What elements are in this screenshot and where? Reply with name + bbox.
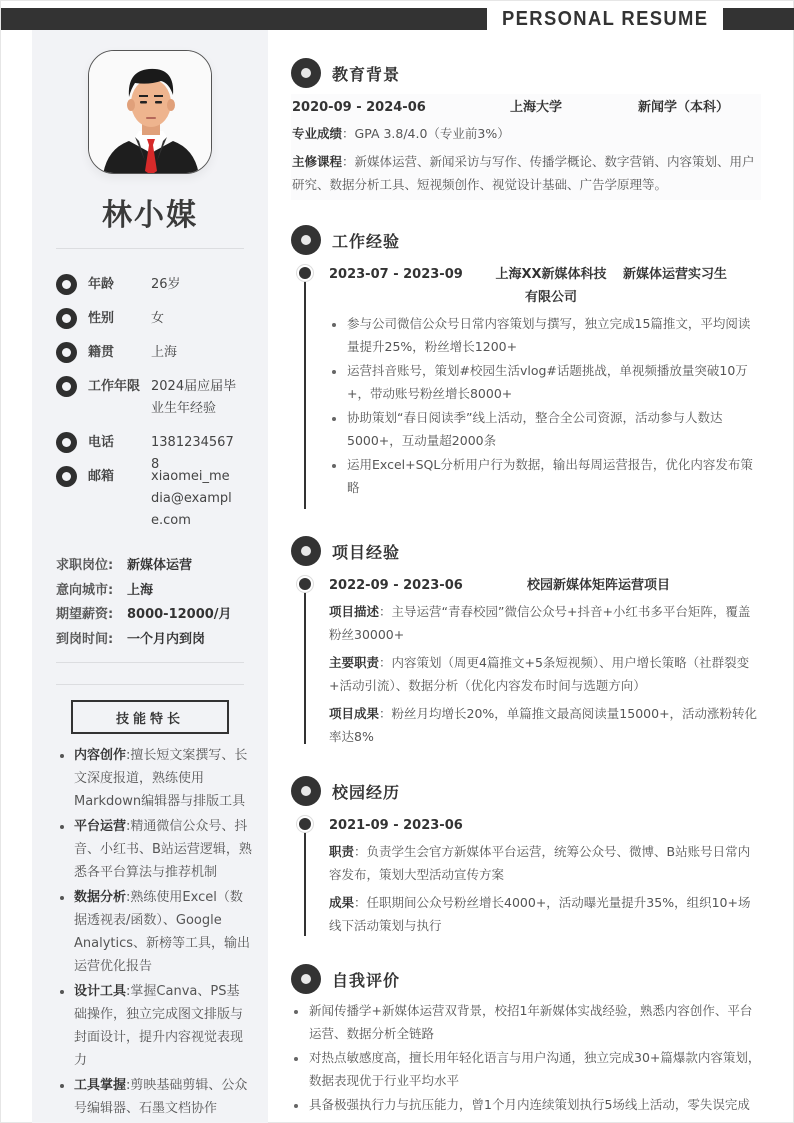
section-project: 项目经验 2022-09 - 2023-06 校园新媒体矩阵运营项目 项目描述：… <box>291 536 761 748</box>
section-header: 工作经验 <box>291 225 761 255</box>
desc-value: ：主导运营“青春校园”微信公众号+抖音+小红书多平台矩阵，覆盖粉丝30000+ <box>329 604 750 642</box>
section-title: 自我评价 <box>332 968 400 991</box>
result-label: 成果 <box>329 895 354 910</box>
gpa-label: 专业成绩 <box>292 126 342 141</box>
info-label: 邮箱 <box>77 466 151 532</box>
divider <box>56 684 244 685</box>
candidate-name: 林小媒 <box>32 190 268 234</box>
section-circle-icon <box>291 225 321 255</box>
skill-name: 数据分析 <box>74 890 126 905</box>
info-label: 年龄 <box>77 274 151 296</box>
section-title: 校园经历 <box>332 780 400 803</box>
bullet-item: 运用Excel+SQL分析用户行为数据，输出每周运营报告，优化内容发布策略 <box>329 454 761 499</box>
section-circle-icon <box>291 536 321 566</box>
campus-result: 成果：任职期间公众号粉丝增长4000+，活动曝光量提升35%，组织10+场线下活… <box>329 891 761 937</box>
sidebar: 林小媒 年龄 26岁 性别 女 籍贯 上海 工作年限 2024届应届毕业生年经验… <box>32 30 268 1123</box>
skill-item: 设计工具:掌握Canva、PS基础操作，独立完成图文排版与封面设计，提升内容视觉… <box>56 980 252 1072</box>
courses-label: 主修课程 <box>292 154 342 169</box>
divider <box>56 662 244 663</box>
courses: 主修课程：新媒体运营、新闻采访与写作、传播学概论、数字营销、内容策划、用户研究、… <box>292 150 761 196</box>
skill-name: 内容创作 <box>74 748 126 763</box>
info-value: 上海 <box>151 342 237 364</box>
skill-name: 设计工具 <box>74 984 126 999</box>
intent-row: 期望薪资: 8000-12000/月 <box>56 603 232 628</box>
section-header: 教育背景 <box>291 58 761 88</box>
duty-label: 职责 <box>329 844 354 859</box>
info-row-experience: 工作年限 2024届应届毕业生年经验 <box>56 376 256 420</box>
project-date: 2022-09 - 2023-06 <box>329 574 527 597</box>
intent-row: 意向城市: 上海 <box>56 579 232 604</box>
resume-page: PERSONAL RESUME <box>0 0 794 1123</box>
section-self-eval: 自我评价 新闻传播学+新媒体运营双背景，校招1年新媒体实战经验，熟悉内容创作、平… <box>291 964 761 1119</box>
bullet-item: 协助策划“春日阅读季”线上活动，整合全公司资源，活动参与人数达5000+，互动量… <box>329 407 761 452</box>
duty-value: ：负责学生会官方新媒体平台运营，统筹公众号、微博、B站账号日常内容发布，策划大型… <box>329 844 750 882</box>
result-value: ：任职期间公众号粉丝增长4000+，活动曝光量提升35%，组织10+场线下活动策… <box>329 895 750 933</box>
gpa-value: ：GPA 3.8/4.0（专业前3%） <box>342 126 510 141</box>
project-name: 校园新媒体矩阵运营项目 <box>527 574 670 597</box>
work-header: 2023-07 - 2023-09 上海XX新媒体科技有限公司 新媒体运营实习生 <box>329 263 761 309</box>
intent-label: 到岗时间: <box>56 628 127 653</box>
bullet-circle-icon <box>56 466 77 487</box>
major: 新闻学（本科） <box>638 96 729 120</box>
project-result: 项目成果：粉丝月均增长20%，单篇推文最高阅读量15000+，活动涨粉转化率达8… <box>329 702 761 748</box>
avatar <box>88 50 212 174</box>
bullet-item: 运营抖音账号，策划#校园生活vlog#话题挑战，单视频播放量突破10万+，带动账… <box>329 360 761 405</box>
timeline-dot-icon <box>299 578 311 590</box>
result-label: 项目成果 <box>329 706 379 721</box>
section-title: 教育背景 <box>332 62 400 85</box>
email-link[interactable]: xiaomei_media@example.com <box>151 466 237 532</box>
intent-value: 上海 <box>127 579 153 604</box>
project-header: 2022-09 - 2023-06 校园新媒体矩阵运营项目 <box>329 574 761 597</box>
resume-title: PERSONAL RESUME <box>502 8 708 31</box>
work-entry: 2023-07 - 2023-09 上海XX新媒体科技有限公司 新媒体运营实习生… <box>291 263 761 499</box>
info-value: 女 <box>151 308 237 330</box>
timeline-line <box>304 273 306 509</box>
info-row-email: 邮箱 xiaomei_media@example.com <box>56 466 256 532</box>
skill-name: 平台运营 <box>74 819 126 834</box>
bullet-item: 具备极强执行力与抗压能力，曾1个月内连续策划执行5场线上活动，零失误完成 <box>291 1094 761 1117</box>
section-campus: 校园经历 2021-09 - 2023-06 职责：负责学生会官方新媒体平台运营… <box>291 776 761 937</box>
project-desc: 项目描述：主导运营“青春校园”微信公众号+抖音+小红书多平台矩阵，覆盖粉丝300… <box>329 600 761 646</box>
info-row-hometown: 籍贯 上海 <box>56 342 256 364</box>
skills-heading: 技能特长 <box>71 700 229 734</box>
duty-value: ：内容策划（周更4篇推文+5条短视频）、用户增长策略（社群裂变+活动引流）、数据… <box>329 655 749 693</box>
bullet-item: 对热点敏感度高，擅长用年轻化语言与用户沟通，独立完成30+篇爆款内容策划，数据表… <box>291 1047 761 1092</box>
education-entry: 2020-09 - 2024-06 上海大学 新闻学（本科） 专业成绩：GPA … <box>291 94 761 200</box>
intent-value: 8000-12000/月 <box>127 603 232 628</box>
divider <box>56 248 244 249</box>
bullet-item: 新闻传播学+新媒体运营双背景，校招1年新媒体实战经验，熟悉内容创作、平台运营、数… <box>291 1000 761 1045</box>
bullet-item: 参与公司微信公众号日常内容策划与撰写，独立完成15篇推文，平均阅读量提升25%，… <box>329 313 761 358</box>
company-name: 上海XX新媒体科技有限公司 <box>489 263 613 309</box>
section-header: 自我评价 <box>291 964 761 994</box>
header-title-box: PERSONAL RESUME <box>487 4 723 34</box>
project-entry: 2022-09 - 2023-06 校园新媒体矩阵运营项目 项目描述：主导运营“… <box>291 574 761 748</box>
intent-value: 一个月内到岗 <box>127 628 205 653</box>
result-value: ：粉丝月均增长20%，单篇推文最高阅读量15000+，活动涨粉转化率达8% <box>329 706 757 744</box>
intent-value: 新媒体运营 <box>127 554 192 579</box>
desc-label: 项目描述 <box>329 604 379 619</box>
project-duty: 主要职责：内容策划（周更4篇推文+5条短视频）、用户增长策略（社群裂变+活动引流… <box>329 651 761 697</box>
duty-label: 主要职责 <box>329 655 379 670</box>
info-row-gender: 性别 女 <box>56 308 256 330</box>
section-circle-icon <box>291 776 321 806</box>
intent-row: 到岗时间: 一个月内到岗 <box>56 628 232 653</box>
campus-header: 2021-09 - 2023-06 <box>329 814 761 837</box>
info-value: 2024届应届毕业生年经验 <box>151 376 237 420</box>
courses-value: ：新媒体运营、新闻采访与写作、传播学概论、数字营销、内容策划、用户研究、数据分析… <box>292 154 755 192</box>
education-header: 2020-09 - 2024-06 上海大学 新闻学（本科） <box>292 96 761 120</box>
school-name: 上海大学 <box>510 96 638 120</box>
bullet-circle-icon <box>56 376 77 397</box>
job-intent: 求职岗位: 新媒体运营 意向城市: 上海 期望薪资: 8000-12000/月 … <box>56 554 232 652</box>
skill-name: 工具掌握 <box>74 1078 126 1093</box>
section-circle-icon <box>291 58 321 88</box>
section-title: 项目经验 <box>332 540 400 563</box>
work-date: 2023-07 - 2023-09 <box>329 263 489 309</box>
gpa: 专业成绩：GPA 3.8/4.0（专业前3%） <box>292 122 761 145</box>
work-bullets: 参与公司微信公众号日常内容策划与撰写，独立完成15篇推文，平均阅读量提升25%，… <box>329 313 761 499</box>
skill-item: 平台运营:精通微信公众号、抖音、小红书、B站运营逻辑，熟悉各平台算法与推荐机制 <box>56 815 252 884</box>
bullet-circle-icon <box>56 432 77 453</box>
skill-item: 工具掌握:剪映基础剪辑、公众号编辑器、石墨文档协作 <box>56 1074 252 1120</box>
person-avatar-icon <box>89 51 212 174</box>
timeline-dot-icon <box>299 818 311 830</box>
campus-date: 2021-09 - 2023-06 <box>329 814 463 837</box>
timeline-line <box>304 824 306 936</box>
info-label: 籍贯 <box>77 342 151 364</box>
bullet-circle-icon <box>56 274 77 295</box>
skill-item: 数据分析:熟练使用Excel（数据透视表/函数）、Google Analytic… <box>56 886 252 978</box>
education-date: 2020-09 - 2024-06 <box>292 96 510 120</box>
skills-list: 内容创作:擅长短文案撰写、长文深度报道，熟练使用Markdown编辑器与排版工具… <box>56 744 252 1122</box>
self-eval-bullets: 新闻传播学+新媒体运营双背景，校招1年新媒体实战经验，熟悉内容创作、平台运营、数… <box>291 1000 761 1117</box>
intent-label: 期望薪资: <box>56 603 127 628</box>
section-education: 教育背景 2020-09 - 2024-06 上海大学 新闻学（本科） 专业成绩… <box>291 58 761 200</box>
job-role: 新媒体运营实习生 <box>613 263 727 309</box>
intent-label: 意向城市: <box>56 579 127 604</box>
intent-row: 求职岗位: 新媒体运营 <box>56 554 232 579</box>
info-value: 26岁 <box>151 274 237 296</box>
bullet-circle-icon <box>56 308 77 329</box>
section-title: 工作经验 <box>332 229 400 252</box>
timeline-dot-icon <box>299 267 311 279</box>
info-label: 性别 <box>77 308 151 330</box>
campus-entry: 2021-09 - 2023-06 职责：负责学生会官方新媒体平台运营，统筹公众… <box>291 814 761 937</box>
info-label: 工作年限 <box>77 376 151 420</box>
intent-label: 求职岗位: <box>56 554 127 579</box>
section-work: 工作经验 2023-07 - 2023-09 上海XX新媒体科技有限公司 新媒体… <box>291 225 761 501</box>
section-header: 项目经验 <box>291 536 761 566</box>
skill-item: 内容创作:擅长短文案撰写、长文深度报道，熟练使用Markdown编辑器与排版工具 <box>56 744 252 813</box>
timeline-line <box>304 584 306 744</box>
campus-duty: 职责：负责学生会官方新媒体平台运营，统筹公众号、微博、B站账号日常内容发布，策划… <box>329 840 761 886</box>
info-row-age: 年龄 26岁 <box>56 274 256 296</box>
bullet-circle-icon <box>56 342 77 363</box>
section-circle-icon <box>291 964 321 994</box>
section-header: 校园经历 <box>291 776 761 806</box>
